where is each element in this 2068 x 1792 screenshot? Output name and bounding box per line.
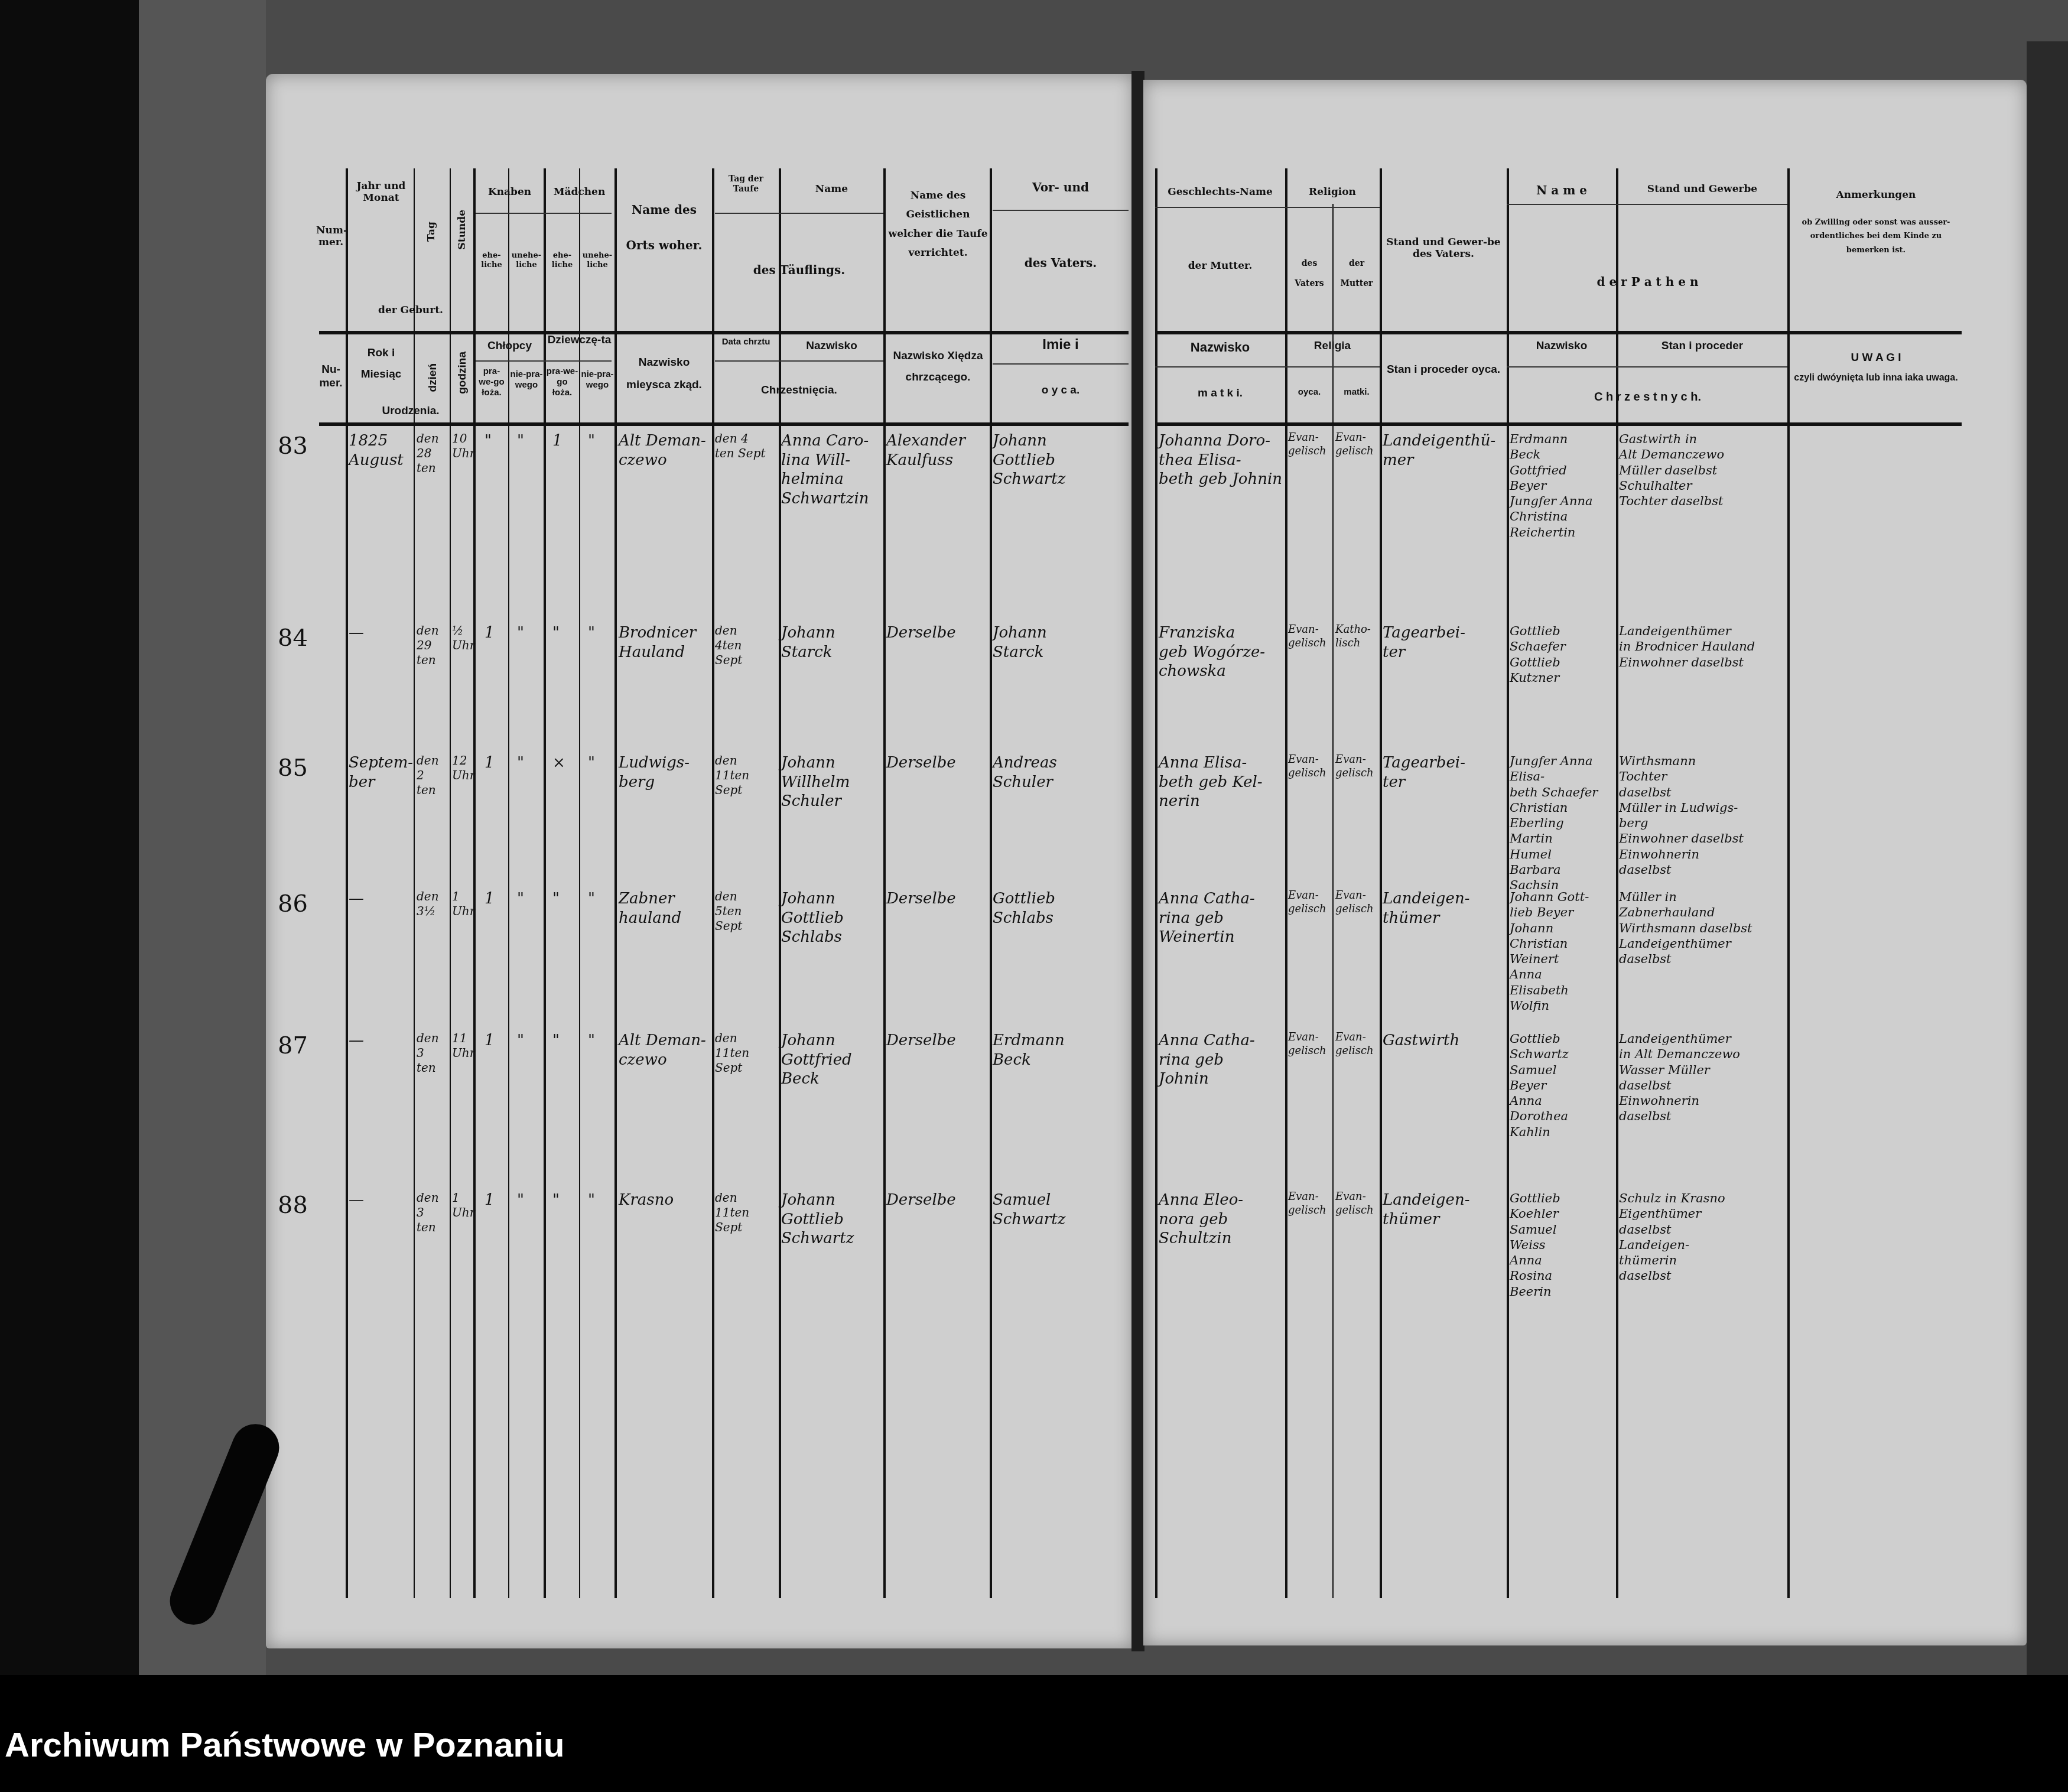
header-name-pathen: N a m e	[1508, 183, 1615, 197]
entry-hour: 10 Uhr	[452, 431, 473, 461]
entry-hour: 1 Uhr	[452, 889, 473, 919]
scanner-bed	[139, 0, 266, 1675]
entry-boys-legit: 1	[485, 623, 507, 643]
header-des-vaters: des Vaters.	[993, 251, 1129, 275]
entry-child-name: Johann Gottlieb Schlabs	[781, 889, 882, 947]
entry-baptism-date: den 11ten Sept	[715, 753, 777, 798]
header-oyca: o y c a.	[993, 384, 1129, 398]
entry-mother: Johanna Doro- thea Elisa- beth geb Johni…	[1159, 431, 1284, 489]
entry-day: den 2 ten	[417, 753, 449, 798]
header-jahr-monat: Jahr und Monat	[349, 180, 414, 204]
entry-child-name: Johann Willhelm Schuler	[781, 753, 882, 811]
entry-girls-legit: "	[552, 1031, 576, 1051]
entry-boys-legit: 1	[485, 1191, 507, 1210]
entry-day: den 29 ten	[417, 623, 449, 668]
entry-godparents: Gottlieb Schaefer Gottlieb Kutzner	[1510, 623, 1615, 685]
entry-child-name: Anna Caro- lina Will- helmina Schwartzin	[781, 431, 882, 508]
header-nieprawego-girls: nie-pra-wego	[581, 369, 614, 391]
header-uwagi: U W A G I	[1790, 352, 1962, 365]
entry-boys-legit: 1	[485, 1031, 507, 1051]
scan-border	[0, 0, 139, 1675]
header-geistlichen: Name des Geistlichen welcher die Taufe v…	[886, 186, 990, 262]
entry-mother: Anna Catha- rina geb Weinertin	[1159, 889, 1284, 947]
entry-godparents-status: Wirthsmann Tochter daselbst Müller in Lu…	[1619, 753, 1786, 877]
book-edge	[2027, 41, 2068, 1678]
header-nazwisko-matki: Nazwisko	[1156, 340, 1284, 355]
header-religion: Religion	[1286, 186, 1378, 198]
entry-year-month: —	[349, 1191, 414, 1210]
entry-number: 83	[278, 431, 343, 461]
entry-girls-illegit: "	[588, 431, 612, 451]
entry-girls-legit: ×	[552, 753, 576, 773]
header-urodzenia: Urodzenia.	[349, 405, 473, 418]
header-dziewczeta: Dziewczę-ta	[545, 334, 613, 347]
entry-father-occupation: Tagearbei- ter	[1383, 623, 1506, 662]
entry-religion-mother: Evan- gelisch	[1335, 889, 1379, 916]
header-numer: Nu-mer.	[316, 363, 346, 391]
header-rel-mutter: der Mutter	[1334, 254, 1380, 294]
header-stan-proceder-oyca: Stan i proceder oyca.	[1381, 363, 1506, 377]
header-geschlechts-name: Geschlechts-Name	[1156, 186, 1284, 198]
header-anmerkungen-sub: ob Zwilling oder sonst was ausser-ordent…	[1790, 216, 1962, 257]
header-nummer: Num-mer.	[316, 225, 346, 249]
entry-godparents-status: Landeigenthümer in Alt Demanczewo Wasser…	[1619, 1031, 1786, 1124]
entry-religion-mother: Evan- gelisch	[1335, 1031, 1379, 1058]
header-nazwisko-miejsca: Nazwisko mieysca zkąd.	[617, 352, 711, 396]
entry-father: Johann Gottlieb Schwartz	[993, 431, 1129, 489]
entry-religion-father: Evan- gelisch	[1288, 1191, 1332, 1217]
entry-godparents: Jungfer Anna Elisa- beth Schaefer Christ…	[1510, 753, 1615, 893]
entry-number: 84	[278, 623, 343, 653]
entry-day: den 3 ten	[417, 1191, 449, 1235]
header-der-geburt: der Geburt.	[349, 304, 473, 316]
header-chlopcy: Chłopcy	[476, 340, 544, 353]
book-gutter	[1131, 71, 1144, 1651]
header-chrzestnych: C h r z e s t n y c h.	[1508, 390, 1787, 404]
entry-religion-mother: Evan- gelisch	[1335, 753, 1379, 780]
right-page: Geschlechts-Name der Mutter. Religion de…	[1143, 80, 2027, 1645]
header-rel-vaters: des Vaters	[1286, 254, 1332, 294]
header-imie-i: Imie i	[993, 337, 1129, 354]
entry-boys-illegit: "	[517, 889, 541, 909]
entry-girls-legit: "	[552, 1191, 576, 1210]
entry-year-month: —	[349, 889, 414, 909]
entry-place: Krasno	[619, 1191, 711, 1210]
entry-day: den 3½	[417, 889, 449, 919]
entry-father-occupation: Landeigenthü- mer	[1383, 431, 1506, 470]
entry-clergyman: Derselbe	[886, 1191, 988, 1210]
entry-place: Zabner hauland	[619, 889, 711, 928]
entry-religion-mother: Katho- lisch	[1335, 623, 1379, 650]
entry-baptism-date: den 4ten Sept	[715, 623, 777, 668]
entry-boys-illegit: "	[517, 1191, 541, 1210]
entry-girls-illegit: "	[588, 1191, 612, 1210]
entry-child-name: Johann Gottfried Beck	[781, 1031, 882, 1089]
header-uneheliche-boys: unehe-liche	[510, 251, 543, 269]
header-nieprawego-boys: nie-pra-wego	[510, 369, 543, 391]
entry-religion-mother: Evan- gelisch	[1335, 431, 1379, 458]
entry-place: Alt Deman- czewo	[619, 1031, 711, 1069]
entry-godparents-status: Schulz in Krasno Eigenthümer daselbst La…	[1619, 1191, 1786, 1284]
entry-godparents-status: Müller in Zabnerhauland Wirthsmann dasel…	[1619, 889, 1786, 967]
header-nazwisko: Nazwisko	[780, 340, 883, 353]
header-religia-oyca: oyca.	[1286, 387, 1332, 398]
header-knaben: Knaben	[476, 186, 544, 198]
entry-baptism-date: den 11ten Sept	[715, 1191, 777, 1235]
entry-boys-illegit: "	[517, 431, 541, 451]
entry-father-occupation: Gastwirth	[1383, 1031, 1506, 1051]
entry-mother: Anna Catha- rina geb Johnin	[1159, 1031, 1284, 1089]
header-vor-und: Vor- und	[993, 180, 1129, 194]
entry-number: 88	[278, 1191, 343, 1220]
entry-clergyman: Alexander Kaulfuss	[886, 431, 988, 470]
header-stunde: Stunde	[456, 210, 468, 250]
header-religia-matki: matki.	[1334, 387, 1380, 398]
entry-number: 86	[278, 889, 343, 919]
entry-year-month: 1825 August	[349, 431, 414, 470]
entry-hour: 11 Uhr	[452, 1031, 473, 1061]
header-dzien: dzień	[427, 363, 440, 392]
entry-clergyman: Derselbe	[886, 623, 988, 643]
entry-religion-father: Evan- gelisch	[1288, 1031, 1332, 1058]
entry-godparents: Johann Gott- lieb Beyer Johann Christian…	[1510, 889, 1615, 1013]
entry-clergyman: Derselbe	[886, 1031, 988, 1051]
entry-number: 87	[278, 1031, 343, 1061]
left-page: Num-mer. Jahr und Monat der Geburt. Tag …	[266, 74, 1133, 1648]
entry-hour: ½ Uhr	[452, 623, 473, 653]
header-uneheliche-girls: unehe-liche	[581, 251, 614, 269]
header-tag-der-taufe: Tag der Taufe	[715, 174, 777, 194]
header-stan-i-proceder: Stan i proceder	[1617, 340, 1787, 353]
entry-religion-mother: Evan- gelisch	[1335, 1191, 1379, 1217]
header-religia: Religia	[1286, 340, 1378, 353]
entry-godparents-status: Gastwirth in Alt Demanczewo Müller dasel…	[1619, 431, 1786, 509]
header-anmerkungen: Anmerkungen	[1790, 189, 1962, 201]
entry-clergyman: Derselbe	[886, 753, 988, 773]
header-data-chrztu: Data chrztu	[715, 337, 777, 347]
entry-religion-father: Evan- gelisch	[1288, 753, 1332, 780]
entry-father-occupation: Tagearbei- ter	[1383, 753, 1506, 792]
entry-girls-illegit: "	[588, 753, 612, 773]
entry-boys-legit: "	[485, 431, 507, 451]
entry-father-occupation: Landeigen- thümer	[1383, 889, 1506, 928]
header-des-taeuflings: des Täuflings.	[715, 263, 883, 277]
entry-mother: Anna Eleo- nora geb Schultzin	[1159, 1191, 1284, 1248]
entry-girls-illegit: "	[588, 889, 612, 909]
header-name: Name	[780, 183, 883, 195]
entry-boys-illegit: "	[517, 623, 541, 643]
header-maedchen: Mädchen	[545, 186, 613, 198]
entry-child-name: Johann Gottlieb Schwartz	[781, 1191, 882, 1248]
entry-girls-legit: 1	[552, 431, 576, 451]
entry-father: Andreas Schuler	[993, 753, 1129, 792]
entry-place: Brodnicer Hauland	[619, 623, 711, 662]
entry-girls-legit: "	[552, 623, 576, 643]
header-godzina: godzina	[456, 352, 470, 394]
entry-year-month: —	[349, 623, 414, 643]
header-tag: Tag	[425, 222, 437, 242]
entry-religion-father: Evan- gelisch	[1288, 431, 1332, 458]
entry-religion-father: Evan- gelisch	[1288, 889, 1332, 916]
header-stand-gewerbe: Stand und Gewerbe	[1617, 183, 1787, 195]
entry-baptism-date: den 4 ten Sept	[715, 431, 777, 461]
header-rok-miesiac: Rok i Miesiąc	[349, 343, 414, 385]
entry-day: den 3 ten	[417, 1031, 449, 1075]
header-der-mutter: der Mutter.	[1156, 254, 1284, 278]
header-der-pathen: d e r P a t h e n	[1508, 275, 1787, 289]
entry-year-month: Septem- ber	[349, 753, 414, 792]
entry-year-month: —	[349, 1031, 414, 1051]
entry-religion-father: Evan- gelisch	[1288, 623, 1332, 650]
entry-boys-illegit: "	[517, 753, 541, 773]
entry-girls-illegit: "	[588, 623, 612, 643]
header-eheliche-girls: ehe-liche	[546, 251, 578, 269]
header-name-des-orts: Name des Orts woher.	[617, 192, 711, 263]
entry-hour: 12 Uhr	[452, 753, 473, 783]
entry-mother: Anna Elisa- beth geb Kel- nerin	[1159, 753, 1284, 811]
entry-clergyman: Derselbe	[886, 889, 988, 909]
header-eheliche-boys: ehe-liche	[476, 251, 507, 269]
header-stand-gewerbe-vaters: Stand und Gewer-be des Vaters.	[1381, 236, 1506, 261]
entry-baptism-date: den 11ten Sept	[715, 1031, 777, 1075]
entry-place: Ludwigs- berg	[619, 753, 711, 792]
entry-father: Erdmann Beck	[993, 1031, 1129, 1069]
entry-hour: 1 Uhr	[452, 1191, 473, 1220]
entry-baptism-date: den 5ten Sept	[715, 889, 777, 934]
header-prawego-girls: pra-we-go łoża.	[546, 366, 578, 398]
header-chrzestniecia: Chrzestnięcia.	[715, 384, 883, 398]
entry-father: Johann Starck	[993, 623, 1129, 662]
header-matki: m a t k i.	[1156, 387, 1284, 401]
entry-mother: Franziska geb Wogórze- chowska	[1159, 623, 1284, 681]
header-prawego-boys: pra-we-go łoża.	[476, 366, 507, 398]
entry-day: den 28 ten	[417, 431, 449, 476]
entry-child-name: Johann Starck	[781, 623, 882, 662]
entry-number: 85	[278, 753, 343, 783]
entry-godparents: Erdmann Beck Gottfried Beyer Jungfer Ann…	[1510, 431, 1615, 540]
entry-godparents-status: Landeigenthümer in Brodnicer Hauland Ein…	[1619, 623, 1786, 670]
entry-godparents: Gottlieb Schwartz Samuel Beyer Anna Doro…	[1510, 1031, 1615, 1140]
entry-girls-legit: "	[552, 889, 576, 909]
header-nazwisko-ksiedza: Nazwisko Xiędza chrzcącego.	[886, 346, 990, 388]
entry-father: Gottlieb Schlabs	[993, 889, 1129, 928]
header-uwagi-sub: czyli dwóynięta lub inna iaka uwaga.	[1790, 372, 1962, 383]
entry-father-occupation: Landeigen- thümer	[1383, 1191, 1506, 1229]
entry-place: Alt Deman- czewo	[619, 431, 711, 470]
entry-boys-legit: 1	[485, 753, 507, 773]
header-nazwisko-chrzestnych: Nazwisko	[1508, 340, 1615, 353]
entry-boys-legit: 1	[485, 889, 507, 909]
archive-name: Archiwum Państwowe w Poznaniu	[5, 1725, 564, 1765]
entry-father: Samuel Schwartz	[993, 1191, 1129, 1229]
entry-godparents: Gottlieb Koehler Samuel Weiss Anna Rosin…	[1510, 1191, 1615, 1299]
entry-girls-illegit: "	[588, 1031, 612, 1051]
entry-boys-illegit: "	[517, 1031, 541, 1051]
